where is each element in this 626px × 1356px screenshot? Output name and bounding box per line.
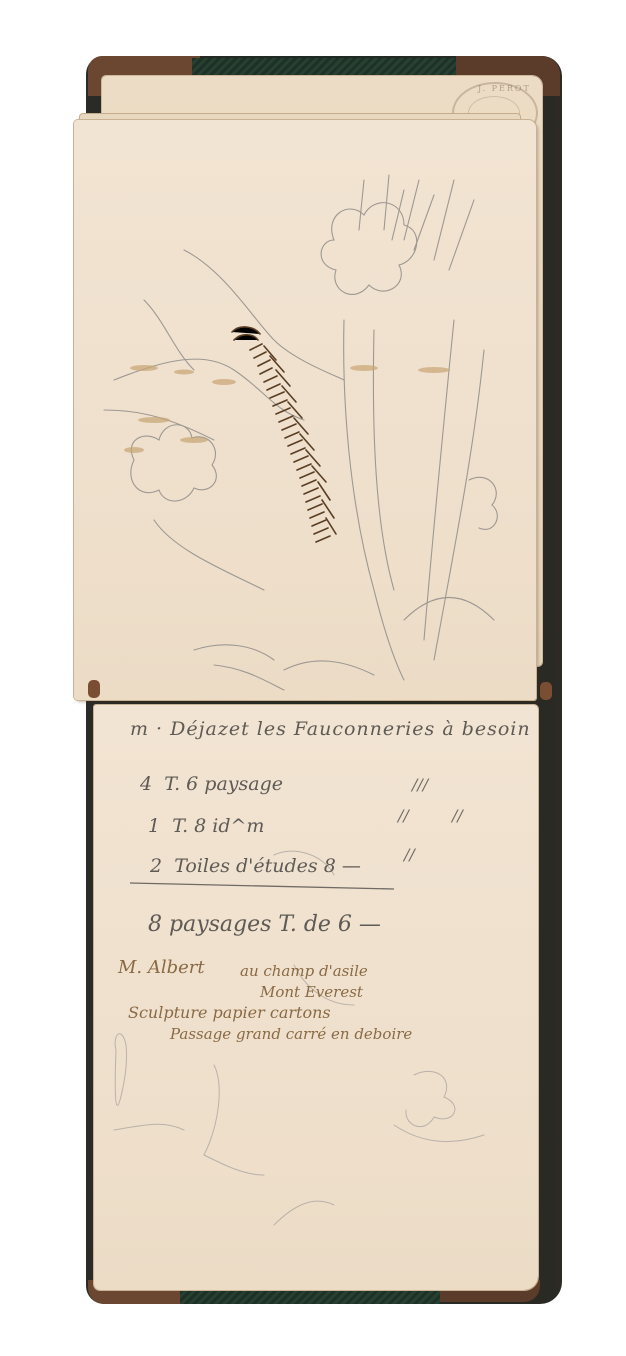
upper-page (74, 120, 536, 700)
row-item: Toiles d'études 8 — (174, 855, 361, 877)
stamp-text: J. PEROT (478, 84, 531, 93)
tally-mark: // (452, 806, 463, 825)
tally-mark: // (398, 806, 409, 825)
row-item: T. 6 paysage (164, 773, 283, 795)
note-row-3: 2 Toiles d'études 8 — (150, 855, 361, 877)
ink-note-3: Sculpture papier cartons (128, 1003, 331, 1022)
note-row-2: 1 T. 8 id^m (148, 815, 264, 837)
row-qty: 4 (140, 773, 152, 795)
binding-clasp-right (540, 682, 552, 700)
tally-mark: // (404, 845, 415, 864)
row-qty: 1 (148, 815, 160, 837)
note-total: 8 paysages T. de 6 — (148, 912, 381, 937)
row-item: T. 8 id^m (172, 815, 264, 837)
row-qty: 2 (150, 855, 162, 877)
note-line-1: m · Déjazet les Fauconneries à besoin (130, 718, 531, 740)
ink-note-4: Passage grand carré en deboire (170, 1025, 412, 1043)
bird-in-tree-drawing (74, 120, 536, 700)
ink-note-1: M. Albert (118, 957, 205, 978)
tally-mark: /// (412, 775, 428, 794)
binding-clasp-left (88, 680, 100, 698)
ink-note-2: Mont Everest (260, 983, 363, 1001)
ink-note-1b: au champ d'asile (240, 962, 368, 980)
note-row-1: 4 T. 6 paysage (140, 773, 283, 795)
